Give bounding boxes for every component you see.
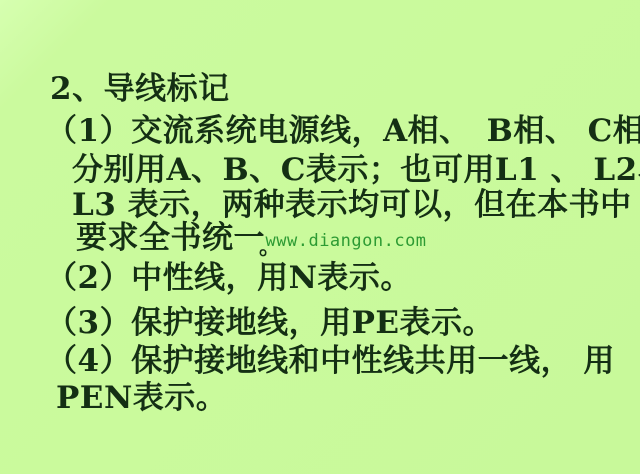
item4-line1: （4）保护接地线和中性线共用一线， 用	[46, 346, 615, 377]
item1-line1: （1）交流系统电源线，A相、 B相、 C相	[46, 116, 640, 147]
item3-line: （3）保护接地线，用PE表示。	[46, 308, 494, 339]
watermark-url: www.diangon.com	[266, 231, 427, 251]
slide: 2、导线标记 （1）交流系统电源线，A相、 B相、 C相 分别用A、B、C表示；…	[0, 0, 640, 474]
item1-line4-text: 要求全书统一	[76, 220, 265, 256]
item1-line4: 要求全书统一。www.diangon.com	[76, 223, 427, 258]
item1-line2: 分别用A、B、C表示；也可用L1 、 L2、	[72, 155, 640, 186]
item2-line: （2）中性线，用N表示。	[46, 263, 412, 294]
item4-line2: PEN表示。	[56, 383, 227, 414]
item1-line3: L3 表示，两种表示均可以，但在本书中	[72, 190, 632, 221]
slide-heading: 2、导线标记	[50, 74, 230, 105]
